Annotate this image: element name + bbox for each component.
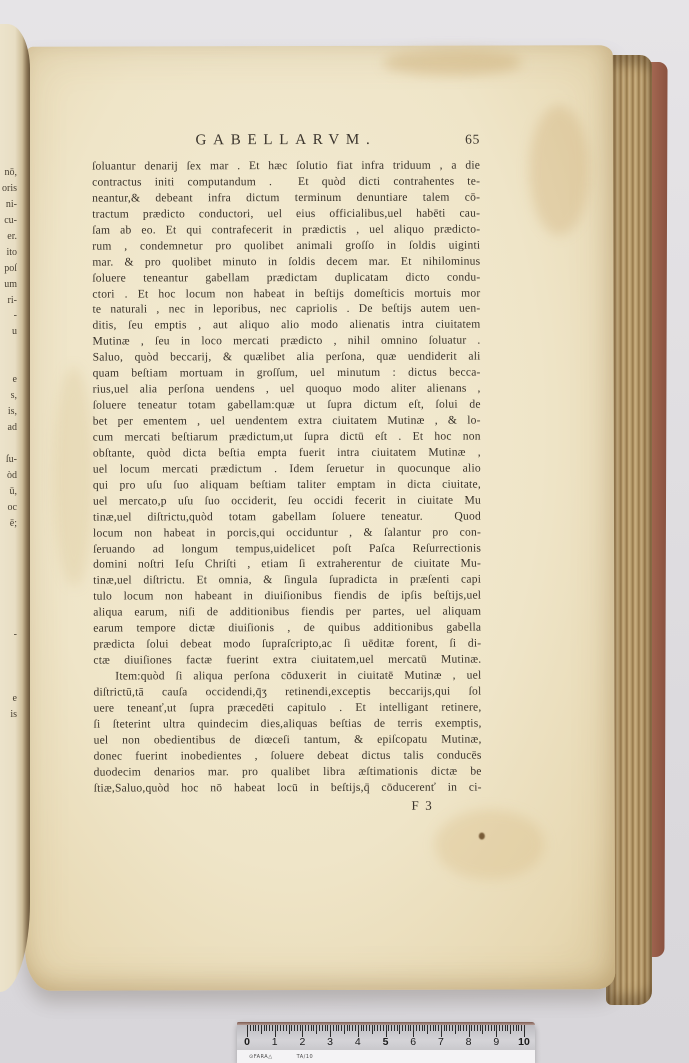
text-line: uel locum mercati prædictum . Idem ſerue… [93,460,481,477]
ruler-tick [361,1025,362,1031]
text-line: ſoluere teneantur gabellam prædictam dup… [92,269,480,286]
ruler-tick [277,1025,278,1031]
left-page-edge: nō,orisni-cu-er.itopoſumri--ues,is,adſu-… [0,24,30,992]
ruler-tick [255,1025,256,1031]
ruler-tick [374,1025,375,1031]
text-line: Item:quòd ſi aliqua perſona cōduxerit in… [93,668,481,685]
left-page-fragment: e [0,372,17,388]
ruler-tick [430,1025,431,1031]
text-line: domini noſtri Ieſu Chriſti , etiam ſi ex… [93,556,481,573]
ruler-tick [502,1025,503,1031]
ruler-tick [338,1025,339,1031]
ruler-tick [416,1025,417,1031]
ruler-tick [291,1025,292,1031]
left-page-fragment: ē; [0,516,17,532]
ruler-tick [488,1025,489,1031]
ruler-tick [424,1025,425,1031]
text-line: contractus initi computandum . Et quòd d… [92,174,480,191]
text-line: diſtrictū,tā cauſa occidendi,q̄ʒ retinen… [93,684,481,701]
left-page-fragment: is [0,707,17,723]
ruler-tick [347,1025,348,1031]
ruler-tick [305,1025,306,1031]
ruler-tick [352,1025,353,1031]
left-page-fragment: um [0,277,17,293]
left-page-fragment [0,548,17,564]
text-line: ſam ab eo. Et qui contrafecerit in prædi… [92,221,480,238]
ruler-tick [510,1025,511,1034]
ruler-tick [369,1025,370,1031]
ruler-tick [383,1025,384,1031]
ruler-number: 9 [493,1036,499,1048]
ruler-tick [269,1025,270,1031]
left-page-fragment: ri- [0,293,17,309]
text-line: tractum prædicto conductori, uel eius of… [92,205,480,222]
ruler-tick [494,1025,495,1031]
ruler-tick [449,1025,450,1031]
left-page-fragment: ū, [0,484,17,500]
left-page-fragment: ni- [0,197,17,213]
ruler-tick [283,1025,284,1031]
ruler-maker-logo: ⊙FARA△ [249,1054,273,1060]
ruler-number: 3 [327,1036,333,1048]
ruler-tick [322,1025,323,1031]
ruler-tick [272,1025,273,1031]
ruler-tick [408,1025,409,1031]
photo-background: GABELLARVM. 65 ſoluantur denarij ſex mar… [0,0,689,1063]
text-line: ſi ſteterint ultra quindecim dies,aliqua… [94,715,482,732]
ruler-tick [264,1025,265,1031]
ruler-tick [513,1025,514,1031]
left-page-fragment [0,340,17,356]
ruler-number: 10 [518,1036,530,1048]
text-line: ſoluere teneatur totam gabellam:quæ ut ſ… [93,397,481,414]
ruler: 012345678910 ⊙FARA△ TA/10 [237,1022,535,1063]
ruler-tick [313,1025,314,1031]
text-line: neantur,& debeant infra dictum terminum … [92,189,480,206]
ruler-number: 2 [299,1036,305,1048]
ruler-tick [377,1025,378,1031]
running-header: GABELLARVM. 65 [92,132,480,150]
ruler-tick [438,1025,439,1031]
left-page-fragment: òd [0,468,17,484]
text-line: ſoluantur denarij ſex mar . Et hæc ſolut… [92,158,480,175]
ruler-tick [300,1025,301,1031]
left-page-fragment [0,675,17,691]
left-page-fragment: ſu- [0,452,17,468]
ruler-tick [316,1025,317,1034]
ruler-number: 1 [272,1036,278,1048]
text-line: ctæ diuiſiones factæ fuerint extra ciuit… [93,652,481,669]
ruler-number: 5 [383,1036,389,1048]
text-line: ſtiæ,Saluo,quòd hoc nō habeat locū in be… [94,779,482,796]
ruler-tick [463,1025,464,1031]
ruler-number: 8 [466,1036,472,1048]
ruler-tick [480,1025,481,1031]
text-line: aliqua earum, niſi de additionibus fiend… [93,604,481,621]
left-page-fragment [0,739,17,755]
ruler-tick [427,1025,428,1034]
ruler-tick [366,1025,367,1031]
ruler-tick [372,1025,373,1034]
text-line: tinæ,uel diſtrictu. Et omnia, & ſingula … [93,572,481,589]
text-block: ſoluantur denarij ſex mar . Et hæc ſolut… [92,158,482,797]
left-page-fragment: - [0,308,17,324]
left-page-fragment [0,356,17,372]
left-page-fragment [0,611,17,627]
left-page-fragment: u [0,324,17,340]
ruler-tick [482,1025,483,1034]
ruler-tick [344,1025,345,1034]
ruler-tick [466,1025,467,1031]
ruler-tick [294,1025,295,1031]
ruler-tick [289,1025,290,1034]
ruler-tick [341,1025,342,1031]
ruler-tick [380,1025,381,1031]
text-line: ctori . Et hoc locum non habeat in beſti… [92,285,480,302]
text-line: quam beſtiam mortuam in groſſum, uel min… [93,365,481,382]
left-page-fragment [0,723,17,739]
left-page-fragment [0,643,17,659]
text-line: Mutinæ , ſeu in loco mercati prædicto , … [93,333,481,350]
ruler-tick [399,1025,400,1034]
text-line: obſtante, quòd dicta beſtia empta fuerit… [93,444,481,461]
text-line: earum tempore dictæ diuiſionis , de quib… [93,620,481,637]
ruler-tick [349,1025,350,1031]
left-page-fragment: oris [0,181,17,197]
ruler-tick [280,1025,281,1031]
left-page-fragment [0,532,17,548]
left-page-fragment [0,595,17,611]
ruler-tick [363,1025,364,1031]
left-page-fragment: cu- [0,213,17,229]
page-stain [435,809,545,879]
left-page-fragment: poſ [0,261,17,277]
ruler-tick [446,1025,447,1031]
ruler-tick [458,1025,459,1031]
ruler-tick [444,1025,445,1031]
left-page-fragment: er. [0,229,17,245]
ruler-tick [308,1025,309,1031]
ruler-tick [507,1025,508,1031]
ruler-tick [405,1025,406,1031]
left-page-fragment: s, [0,388,17,404]
ruler-tick [250,1025,251,1031]
ruler-tick [471,1025,472,1031]
ruler-tick [452,1025,453,1031]
text-line: tulo locum non habeant in diuiſionibus f… [93,588,481,605]
ruler-maker-strip: ⊙FARA△ TA/10 [237,1050,535,1063]
left-page-fragment: - [0,627,17,643]
text-line: te naturali , nec in leporibus, nec capr… [92,301,480,318]
ruler-tick [311,1025,312,1031]
ruler-tick [410,1025,411,1031]
ruler-tick [455,1025,456,1034]
left-page-fragment: is, [0,404,17,420]
ruler-tick [297,1025,298,1031]
ruler-tick [266,1025,267,1031]
ruler-tick [391,1025,392,1031]
text-line: duodecim denarios mar. pro qualibet libr… [94,763,482,780]
ruler-tick [518,1025,519,1031]
text-line: uel mercato,p uſu ſuo occiderit, ſeu occ… [93,492,481,509]
text-line: ditis, ſeu emptis , aut aliquo alio modo… [92,317,480,334]
ruler-tick [505,1025,506,1031]
ruler-tick [336,1025,337,1031]
left-page-text-fragments: nō,orisni-cu-er.itopoſumri--ues,is,adſu-… [0,165,17,755]
left-page-fragment [0,579,17,595]
ruler-tick [388,1025,389,1031]
text-line: bet per ementem , uel uendentem extra ci… [93,413,481,430]
text-line: uel non obedientibus de diœceſi tantum, … [94,731,482,748]
text-line: locum non habeat in porcis,qui occiduntu… [93,524,481,541]
left-page-fragment [0,563,17,579]
header-title: GABELLARVM. [92,132,438,150]
ruler-tick [485,1025,486,1031]
left-page-fragment: e [0,691,17,707]
text-line: uere teneanť,ut ſupra præcedēti capitulo… [93,699,481,716]
ruler-number: 4 [355,1036,361,1048]
page-stain [54,367,95,587]
left-page-fragment: oc [0,500,17,516]
ruler-tick [474,1025,475,1031]
ruler-tick [286,1025,287,1031]
text-line: qui pro uſu ſuo aliquam beſtiam taliter … [93,476,481,493]
text-line: rius,uel alia perſona uendens , uel quoq… [93,381,481,398]
ruler-tick [433,1025,434,1031]
ruler-tick [258,1025,259,1031]
ruler-number: 7 [438,1036,444,1048]
text-line: tinæ,uel diſtrictu,quòd totam gabellam ſ… [93,508,481,525]
ruler-number: 6 [410,1036,416,1048]
ruler-tick [397,1025,398,1031]
ruler-tick [394,1025,395,1031]
text-line: Saluo, quòd beccarij, & quælibet alia pe… [93,349,481,366]
ruler-tick [491,1025,492,1031]
ruler-tick [261,1025,262,1034]
page-number: 65 [438,132,480,148]
ruler-tick [402,1025,403,1031]
left-page-fragment: ito [0,245,17,261]
text-line: ſeruando ad longum tempus,uidelicet poſt… [93,540,481,557]
left-page-fragment: nō, [0,165,17,181]
ruler-tick [499,1025,500,1031]
ruler-number: 0 [244,1036,250,1048]
ruler-tick [477,1025,478,1031]
ruler-tick [516,1025,517,1031]
ruler-tick [422,1025,423,1031]
ruler-tick [333,1025,334,1031]
ruler-model: TA/10 [297,1054,314,1060]
left-page-fragment [0,436,17,452]
ruler-tick [319,1025,320,1031]
ruler-tick [327,1025,328,1031]
page-stain [529,105,589,235]
ruler-tick [460,1025,461,1031]
left-page-fragment [0,659,17,675]
ruler-tick [325,1025,326,1031]
text-line: donec fuerint inobedientes , ſoluere deb… [94,747,482,764]
book-page: GABELLARVM. 65 ſoluantur denarij ſex mar… [23,45,615,991]
text-line: prædicta ſolui debeat modo ſupraſcripto,… [93,636,481,653]
text-line: cum mercati beſtiarum prædictum,ut ſupra… [93,429,481,446]
ruler-tick [435,1025,436,1031]
ruler-tick [521,1025,522,1031]
ruler-tick [253,1025,254,1031]
text-line: mar. & pro quolibet minuto in ſoldis dec… [92,253,480,270]
page-speck [479,833,485,840]
left-page-fragment: ad [0,420,17,436]
signature-mark: F 3 [94,798,482,815]
ruler-tick [355,1025,356,1031]
text-line: rum , condemnetur pro quolibet animali g… [92,237,480,254]
ruler-tick [419,1025,420,1031]
ruler-numbers: 012345678910 [247,1037,525,1050]
page-stain [383,49,523,75]
